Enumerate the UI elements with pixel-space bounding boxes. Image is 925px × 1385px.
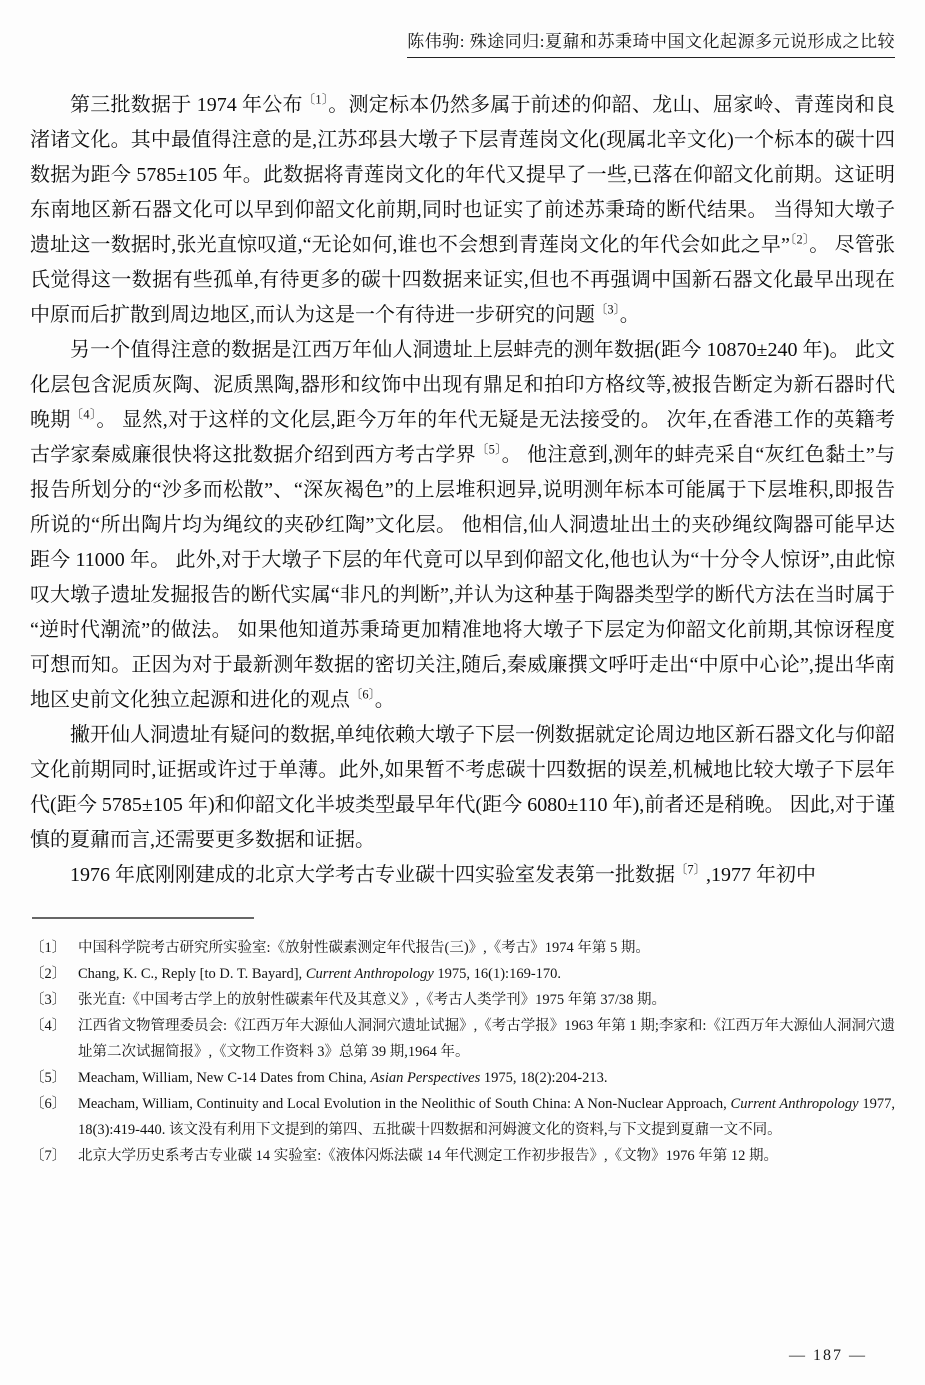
footnote-item: 〔1〕中国科学院考古研究所实验室:《放射性碳素测定年代报告(三)》,《考古》19… [30, 935, 895, 961]
footnotes-section: 〔1〕中国科学院考古研究所实验室:《放射性碳素测定年代报告(三)》,《考古》19… [30, 935, 895, 1169]
footnote-label: 〔3〕 [30, 987, 78, 1013]
footnote-item: 〔7〕北京大学历史系考古专业碳 14 实验室:《液体闪烁法碳 14 年代测定工作… [30, 1143, 895, 1169]
footnote-text: Meacham, William, Continuity and Local E… [78, 1091, 895, 1143]
text-segment: 。 [375, 689, 395, 711]
text-segment: 。 他注意到,测年的蚌壳采自“灰红色黏土”与报告所划分的“沙多而松散”、“深灰褐… [30, 444, 895, 711]
text-segment: 江西省文物管理委员会:《江西万年大源仙人洞洞穴遗址试掘》,《考古学报》1963 … [78, 1018, 895, 1060]
footnote-text: 中国科学院考古研究所实验室:《放射性碳素测定年代报告(三)》,《考古》1974 … [78, 935, 895, 961]
article-body: 第三批数据于 1974 年公布〔1〕。测定标本仍然多属于前述的仰韶、龙山、屈家岭… [30, 88, 895, 893]
text-segment: Chang, K. C., Reply [to D. T. Bayard], [78, 966, 306, 982]
paragraph-3: 撇开仙人洞遗址有疑问的数据,单纯依赖大墩子下层一例数据就定论周边地区新石器文化与… [30, 718, 895, 858]
footnote-label: 〔5〕 [30, 1065, 78, 1091]
footnote-separator [32, 917, 254, 919]
footnote-item: 〔3〕张光直:《中国考古学上的放射性碳素年代及其意义》,《考古人类学刊》1975… [30, 987, 895, 1013]
page-number: — 187 — [789, 1347, 867, 1365]
footnote-text: 北京大学历史系考古专业碳 14 实验室:《液体闪烁法碳 14 年代测定工作初步报… [78, 1143, 895, 1169]
text-segment: ,1977 年初中 [706, 864, 816, 886]
footnote-ref: 〔2〕 [790, 232, 809, 246]
footnote-ref: 〔6〕 [350, 687, 375, 701]
text-segment: 。 [620, 304, 640, 326]
text-segment: 北京大学历史系考古专业碳 14 实验室:《液体闪烁法碳 14 年代测定工作初步报… [78, 1148, 778, 1164]
footnote-ref: 〔1〕 [303, 92, 329, 106]
paragraph-1: 第三批数据于 1974 年公布〔1〕。测定标本仍然多属于前述的仰韶、龙山、屈家岭… [30, 88, 895, 333]
text-segment: 1975, 16(1):169-170. [434, 966, 561, 982]
text-segment: Meacham, William, Continuity and Local E… [78, 1096, 731, 1112]
footnote-item: 〔6〕Meacham, William, Continuity and Loca… [30, 1091, 895, 1143]
running-header-text: 陈伟驹: 殊途同归:夏鼐和苏秉琦中国文化起源多元说形成之比较 [407, 30, 895, 58]
text-segment: 撇开仙人洞遗址有疑问的数据,单纯依赖大墩子下层一例数据就定论周边地区新石器文化与… [30, 724, 895, 851]
footnote-ref: 〔5〕 [476, 442, 502, 456]
running-header: 陈伟驹: 殊途同归:夏鼐和苏秉琦中国文化起源多元说形成之比较 [30, 30, 895, 58]
paragraph-4: 1976 年底刚刚建成的北京大学考古专业碳十四实验室发表第一批数据〔7〕,197… [30, 858, 895, 893]
footnote-text: Meacham, William, New C-14 Dates from Ch… [78, 1065, 895, 1091]
footnote-item: 〔4〕江西省文物管理委员会:《江西万年大源仙人洞洞穴遗址试掘》,《考古学报》19… [30, 1013, 895, 1065]
text-segment: 中国科学院考古研究所实验室:《放射性碳素测定年代报告(三)》,《考古》1974 … [78, 940, 650, 956]
footnote-ref: 〔4〕 [71, 407, 97, 421]
paragraph-2: 另一个值得注意的数据是江西万年仙人洞遗址上层蚌壳的测年数据(距今 10870±2… [30, 333, 895, 718]
text-segment: 第三批数据于 1974 年公布 [70, 94, 303, 116]
footnote-ref: 〔3〕 [595, 302, 620, 316]
footnote-text: Chang, K. C., Reply [to D. T. Bayard], C… [78, 961, 895, 987]
footnote-label: 〔7〕 [30, 1143, 78, 1169]
footnote-ref: 〔7〕 [675, 862, 706, 876]
footnote-label: 〔6〕 [30, 1091, 78, 1117]
footnote-text: 张光直:《中国考古学上的放射性碳素年代及其意义》,《考古人类学刊》1975 年第… [78, 987, 895, 1013]
footnote-label: 〔4〕 [30, 1013, 78, 1039]
text-segment: 1976 年底刚刚建成的北京大学考古专业碳十四实验室发表第一批数据 [70, 864, 675, 886]
text-segment: 张光直:《中国考古学上的放射性碳素年代及其意义》,《考古人类学刊》1975 年第… [78, 992, 666, 1008]
text-segment: Meacham, William, New C-14 Dates from Ch… [78, 1070, 370, 1086]
text-segment: Current Anthropology [731, 1096, 859, 1112]
footnote-label: 〔2〕 [30, 961, 78, 987]
document-page: 陈伟驹: 殊途同归:夏鼐和苏秉琦中国文化起源多元说形成之比较 第三批数据于 19… [0, 0, 925, 1385]
text-segment: Current Anthropology [306, 966, 434, 982]
footnote-label: 〔1〕 [30, 935, 78, 961]
footnote-item: 〔5〕Meacham, William, New C-14 Dates from… [30, 1065, 895, 1091]
footnote-item: 〔2〕Chang, K. C., Reply [to D. T. Bayard]… [30, 961, 895, 987]
text-segment: 1975, 18(2):204-213. [480, 1070, 607, 1086]
footnote-text: 江西省文物管理委员会:《江西万年大源仙人洞洞穴遗址试掘》,《考古学报》1963 … [78, 1013, 895, 1065]
text-segment: Asian Perspectives [370, 1070, 480, 1086]
text-segment: 。测定标本仍然多属于前述的仰韶、龙山、屈家岭、青莲岗和良渚诸文化。其中最值得注意… [30, 94, 895, 256]
